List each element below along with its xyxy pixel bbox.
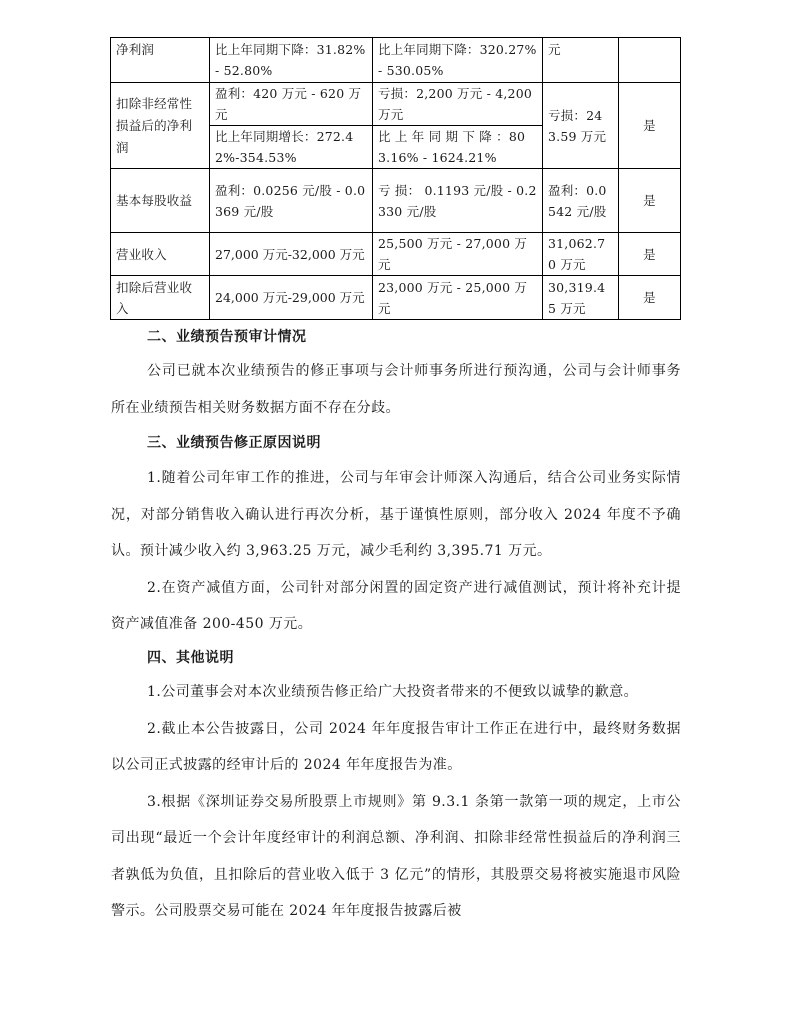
table-cell: 是 bbox=[619, 83, 681, 169]
paragraph: 2.在资产减值方面，公司针对部分闲置的固定资产进行减值测试，预计将补充计提资产减… bbox=[111, 570, 681, 643]
table-cell: 元 bbox=[543, 38, 619, 83]
earnings-forecast-table: 净利润 比上年同期下降：31.82% - 52.80% 比上年同期下降：320.… bbox=[110, 37, 681, 320]
table-cell: 23,000 万元 - 25,000 万元 bbox=[373, 276, 543, 320]
row-label: 扣除非经常性损益后的净利润 bbox=[111, 83, 210, 169]
table-row-eps: 基本每股收益 盈利：0.0256 元/股 - 0.0369 元/股 亏 损： 0… bbox=[111, 169, 681, 233]
row-label: 营业收入 bbox=[111, 233, 210, 276]
paragraph: 2.截止本公告披露日，公司 2024 年年度报告审计工作正在进行中，最终财务数据… bbox=[111, 711, 681, 784]
section-heading-pre-audit: 二、业绩预告预审计情况 bbox=[147, 326, 307, 346]
table-cell: 31,062.70 万元 bbox=[543, 233, 619, 276]
table-cell: 是 bbox=[619, 233, 681, 276]
table-cell: 亏损：2,200 万元 - 4,200 万元 bbox=[373, 83, 543, 126]
table-cell: 亏损：243.59 万元 bbox=[543, 83, 619, 169]
row-label: 扣除后营业收入 bbox=[111, 276, 210, 320]
paragraph: 3.根据《深圳证券交易所股票上市规则》第 9.3.1 条第一款第一项的规定，上市… bbox=[111, 784, 681, 930]
table-cell: 亏 损： 0.1193 元/股 - 0.2330 元/股 bbox=[373, 169, 543, 233]
document-page: 净利润 比上年同期下降：31.82% - 52.80% 比上年同期下降：320.… bbox=[0, 0, 785, 1021]
table-cell bbox=[619, 38, 681, 83]
row-label: 净利润 bbox=[111, 38, 210, 83]
table-cell: 是 bbox=[619, 169, 681, 233]
table-cell: 比 上 年 同 期 下 降 ：803.16% - 1624.21% bbox=[373, 126, 543, 169]
section-body-other-notes: 1.公司董事会对本次业绩预告修正给广大投资者带来的不便致以诚挚的歉意。 2.截止… bbox=[111, 674, 681, 930]
table-row-deducted-net-profit: 扣除非经常性损益后的净利润 盈利：420 万元 - 620 万元 亏损：2,20… bbox=[111, 83, 681, 126]
paragraph: 1.随着公司年审工作的推进，公司与年审会计师深入沟通后，结合公司业务实际情况，对… bbox=[111, 460, 681, 570]
paragraph: 公司已就本次业绩预告的修正事项与会计师事务所进行预沟通，公司与会计师事务所在业绩… bbox=[111, 353, 681, 426]
section-body-revision-reasons: 1.随着公司年审工作的推进，公司与年审会计师深入沟通后，结合公司业务实际情况，对… bbox=[111, 460, 681, 643]
paragraph: 1.公司董事会对本次业绩预告修正给广大投资者带来的不便致以诚挚的歉意。 bbox=[111, 674, 681, 711]
section-body-pre-audit: 公司已就本次业绩预告的修正事项与会计师事务所进行预沟通，公司与会计师事务所在业绩… bbox=[111, 353, 681, 426]
section-heading-other-notes: 四、其他说明 bbox=[147, 647, 234, 667]
table-cell: 比上年同期增长：272.42%-354.53% bbox=[210, 126, 373, 169]
table-cell: 是 bbox=[619, 276, 681, 320]
table-row-deducted-revenue: 扣除后营业收入 24,000 万元-29,000 万元 23,000 万元 - … bbox=[111, 276, 681, 320]
table-cell: 盈利：420 万元 - 620 万元 bbox=[210, 83, 373, 126]
table-cell: 盈利：0.0542 元/股 bbox=[543, 169, 619, 233]
table-cell: 27,000 万元-32,000 万元 bbox=[210, 233, 373, 276]
table-cell: 30,319.45 万元 bbox=[543, 276, 619, 320]
table-cell: 25,500 万元 - 27,000 万元 bbox=[373, 233, 543, 276]
table-row-net-profit: 净利润 比上年同期下降：31.82% - 52.80% 比上年同期下降：320.… bbox=[111, 38, 681, 83]
table-cell: 盈利：0.0256 元/股 - 0.0369 元/股 bbox=[210, 169, 373, 233]
table-cell: 比上年同期下降：31.82% - 52.80% bbox=[210, 38, 373, 83]
table-row-revenue: 营业收入 27,000 万元-32,000 万元 25,500 万元 - 27,… bbox=[111, 233, 681, 276]
table-cell: 24,000 万元-29,000 万元 bbox=[210, 276, 373, 320]
table-cell: 比上年同期下降：320.27% - 530.05% bbox=[373, 38, 543, 83]
row-label: 基本每股收益 bbox=[111, 169, 210, 233]
section-heading-revision-reasons: 三、业绩预告修正原因说明 bbox=[147, 432, 321, 452]
